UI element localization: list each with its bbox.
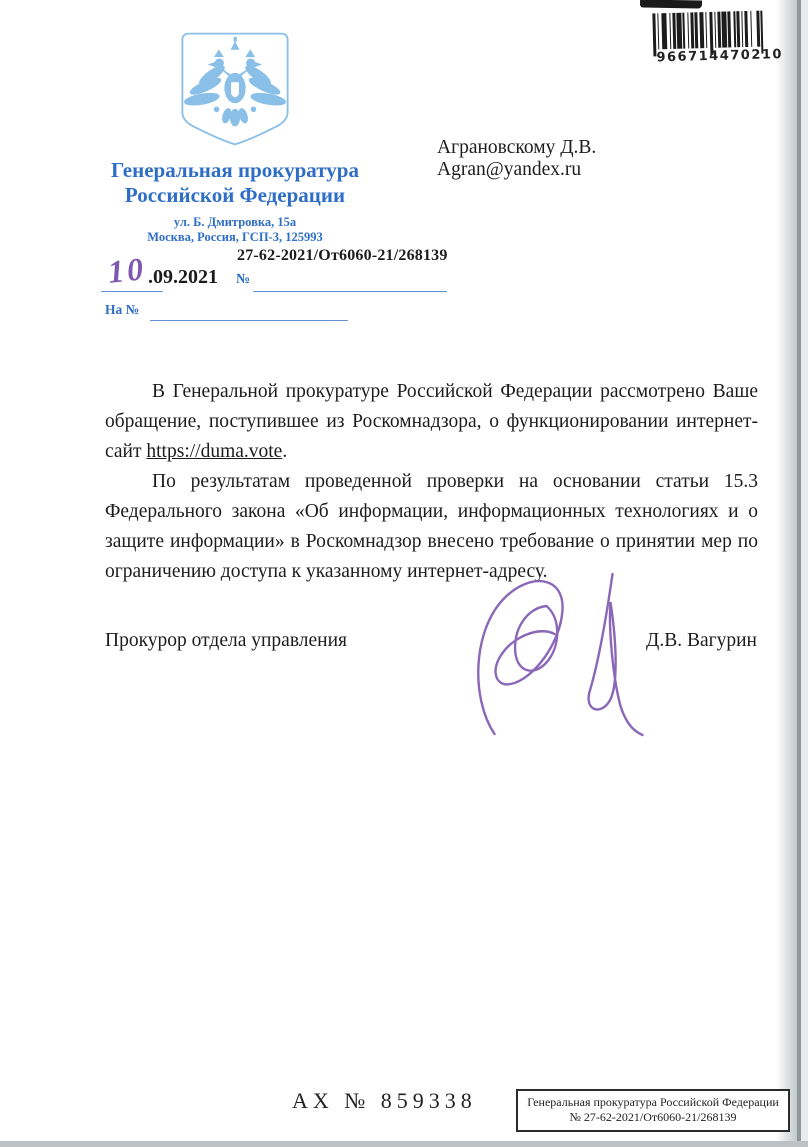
document-page: 966714 470210 [0, 0, 808, 1147]
scan-artifact-top [640, 0, 702, 9]
barcode: 966714 470210 [647, 10, 768, 65]
recipient-name: Аграновскому Д.В. [437, 137, 596, 159]
recipient-block: Аграновскому Д.В. Agran@yandex.ru [437, 137, 596, 181]
registration-stamp: Генеральная прокуратура Российской Федер… [516, 1089, 790, 1132]
reference-number: 27-62-2021/От6060-21/268139 [237, 247, 448, 265]
barcode-bars [652, 11, 763, 50]
barcode-digits-right: 470210 [720, 47, 784, 64]
incoming-number-label: На № [105, 302, 139, 318]
coat-of-arms-icon [175, 28, 295, 150]
org-address: ул. Б. Дмитровка, 15а Москва, Россия, ГС… [85, 215, 385, 245]
letter-body: В Генеральной прокуратуре Российской Фед… [105, 377, 758, 587]
org-address-line2: Москва, Россия, ГСП-3, 125993 [85, 230, 385, 245]
scanner-background-right [801, 0, 808, 1147]
handwritten-day: 10 [106, 250, 148, 291]
org-name-line2: Российской Федерации [85, 183, 385, 208]
outgoing-number-underline [253, 291, 447, 292]
signature-scribble [458, 568, 663, 738]
stamp-ref-number: № 27-62-2021/От6060-21/268139 [522, 1110, 784, 1125]
barcode-digits-left: 966714 [656, 49, 720, 66]
paper-edge-shadow [776, 0, 797, 1147]
duma-vote-link[interactable]: https://duma.vote [146, 441, 282, 462]
signer-title: Прокурор отдела управления [105, 630, 347, 652]
outgoing-number-label: № [236, 272, 250, 288]
org-name: Генеральная прокуратура Российской Федер… [85, 158, 385, 208]
printed-date: .09.2021 [148, 266, 218, 289]
date-underline [101, 291, 163, 292]
scanner-background-bottom [0, 1141, 808, 1147]
org-name-line1: Генеральная прокуратура [85, 158, 385, 183]
barcode-digits: 966714 470210 [648, 47, 768, 65]
recipient-email: Agran@yandex.ru [437, 159, 596, 181]
paragraph-1: В Генеральной прокуратуре Российской Фед… [105, 377, 758, 467]
incoming-number-underline [150, 320, 348, 321]
registration-number: АХ № 859338 [292, 1088, 477, 1114]
paragraph-1-tail: . [282, 441, 287, 462]
stamp-org-name: Генеральная прокуратура Российской Федер… [522, 1095, 784, 1110]
org-address-line1: ул. Б. Дмитровка, 15а [85, 215, 385, 230]
